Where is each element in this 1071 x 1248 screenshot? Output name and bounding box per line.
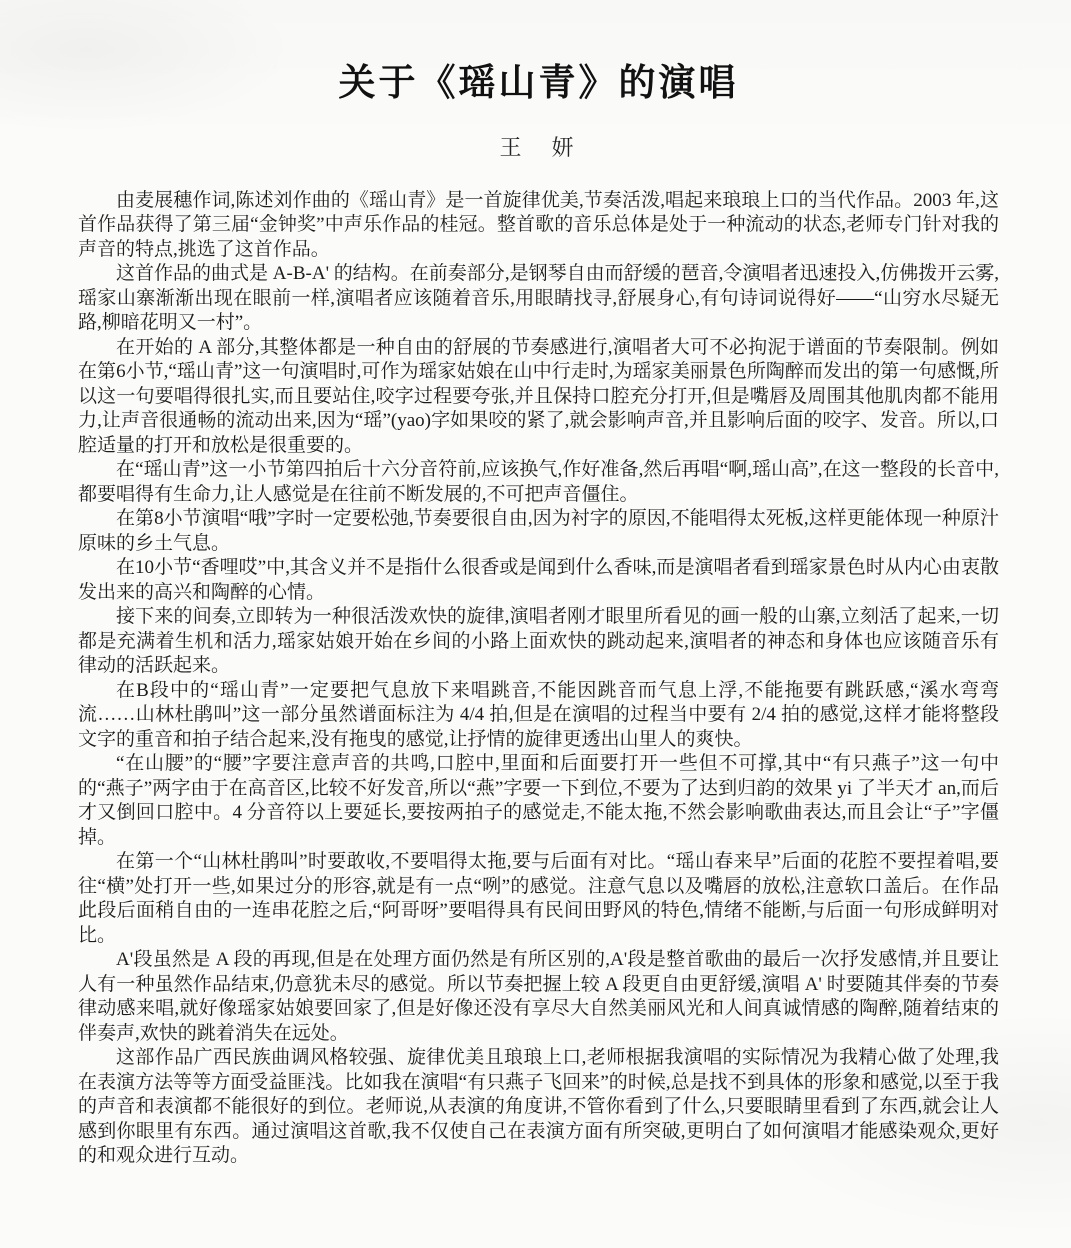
paragraph: 由麦展穗作词,陈述刘作曲的《瑶山青》是一首旋律优美,节奏活泼,唱起来琅琅上口的当…: [78, 189, 999, 263]
document-page: 关于《瑶山青》的演唱 王 妍 由麦展穗作词,陈述刘作曲的《瑶山青》是一首旋律优美…: [0, 0, 1071, 1248]
paragraph: 接下来的间奏,立即转为一种很活泼欢快的旋律,演唱者刚才眼里所看见的画一般的山寨,…: [78, 605, 999, 679]
paragraph: 在“瑶山青”这一小节第四拍后十六分音符前,应该换气,作好准备,然后再唱“啊,瑶山…: [78, 458, 999, 507]
paragraph: 这部作品广西民族曲调风格较强、旋律优美且琅琅上口,老师根据我演唱的实际情况为我精…: [78, 1046, 999, 1169]
paragraph: 在B段中的“瑶山青”一定要把气息放下来唱跳音,不能因跳音而气息上浮,不能拖要有跳…: [78, 679, 999, 753]
paragraph: A'段虽然是 A 段的再现,但是在处理方面仍然是有所区别的,A'段是整首歌曲的最…: [78, 948, 999, 1046]
paragraph: 在10小节“香哩哎”中,其含义并不是指什么很香或是闻到什么香味,而是演唱者看到瑶…: [78, 556, 999, 605]
paragraph: 这首作品的曲式是 A-B-A' 的结构。在前奏部分,是钢琴自由而舒缓的琶音,令演…: [78, 262, 999, 336]
paragraph: 在第一个“山林杜鹃叫”时要敢收,不要唱得太拖,要与后面有对比。“瑶山春来早”后面…: [78, 850, 999, 948]
document-author: 王 妍: [78, 131, 999, 162]
paragraph: “在山腰”的“腰”字要注意声音的共鸣,口腔中,里面和后面要打开一些但不可撑,其中…: [78, 752, 999, 850]
paragraph: 在第8小节演唱“哦”字时一定要松弛,节奏要很自由,因为衬字的原因,不能唱得太死板…: [78, 507, 999, 556]
paragraph: 在开始的 A 部分,其整体都是一种自由的舒展的节奏感进行,演唱者大可不必拘泥于谱…: [78, 336, 999, 459]
document-body: 由麦展穗作词,陈述刘作曲的《瑶山青》是一首旋律优美,节奏活泼,唱起来琅琅上口的当…: [78, 189, 999, 1169]
document-title: 关于《瑶山青》的演唱: [78, 52, 999, 106]
